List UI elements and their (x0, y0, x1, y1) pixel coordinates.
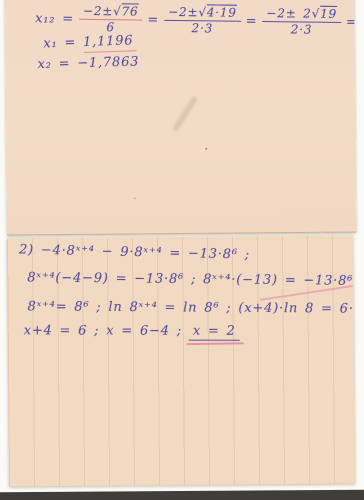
quadratic-roots-equation: x₁₂ = −2±√76 6 = −2±√4·19 2·3 = −2± 2√19… (35, 4, 356, 38)
paper-speck (205, 148, 207, 150)
fraction-1-numerator: −2±√76 (79, 5, 143, 21)
final-answer-underlined: x = 2 (189, 324, 240, 341)
exp-equation-line2: 8ˣ⁺⁴(−4−9) = −13·8⁶ ; 8ˣ⁺⁴·(−13) = −13·8… (27, 270, 353, 288)
pencil-smudge (172, 95, 199, 132)
equals-sign: = (246, 14, 258, 29)
root-x2-result: x₂ = −1,7863 (37, 54, 139, 72)
root-x1-result: x₁ = 1,1196 (43, 33, 136, 51)
notebook-sheet-top: ′ ⁄⁄ ′ ‚ ⁄ ′ ′ − ′⁄ ′ ‚ ⁄ ′ x₁₂ = −2±√76… (5, 0, 356, 236)
fraction-2: −2±√4·19 2·3 (164, 6, 241, 36)
x1-label: x₁ = (43, 35, 76, 51)
exp-equation-line4: x+4 = 6 ; x = 6−4 ; x = 2 (24, 323, 240, 338)
fraction-3-denominator: 2·3 (291, 23, 313, 37)
equals-sign: = (346, 15, 356, 30)
equals-sign: = (147, 13, 159, 28)
sqrt-radical: √4·19 (198, 5, 237, 19)
sqrt-radical: √19 (312, 7, 337, 21)
exp-equation-line3: 8ˣ⁺⁴= 8⁶ ; ln 8ˣ⁺⁴ = ln 8⁶ ; (x+4)·ln 8 … (27, 299, 355, 316)
x1-value-underlined: 1,1196 (83, 33, 137, 53)
fraction-3-numerator: −2± 2√19 (262, 7, 341, 23)
sqrt-radical: √76 (113, 4, 138, 18)
fraction-1-denominator: 6 (106, 20, 115, 34)
exp-equation-line1: 2) −4·8ˣ⁺⁴ − 9·8ˣ⁺⁴ = −13·8⁶ ; (19, 242, 250, 262)
notebook-sheet-bottom: 2) −4·8ˣ⁺⁴ − 9·8ˣ⁺⁴ = −13·8⁶ ; 8ˣ⁺⁴(−4−9… (7, 235, 355, 486)
fraction-2-numerator: −2±√4·19 (164, 6, 241, 22)
paper-speck (134, 197, 136, 199)
scanned-notebook-photo: ′ ⁄⁄ ′ ‚ ⁄ ′ ′ − ′⁄ ′ ‚ ⁄ ′ x₁₂ = −2±√76… (0, 0, 364, 500)
roots-lhs: x₁₂ = (35, 11, 74, 26)
fraction-2-denominator: 2·3 (191, 21, 213, 35)
fraction-3: −2± 2√19 2·3 (262, 7, 341, 37)
line4-steps: x+4 = 6 ; x = 6−4 ; (24, 323, 189, 338)
scan-bottom-edge (0, 490, 364, 500)
fraction-1: −2±√76 6 (79, 5, 143, 35)
